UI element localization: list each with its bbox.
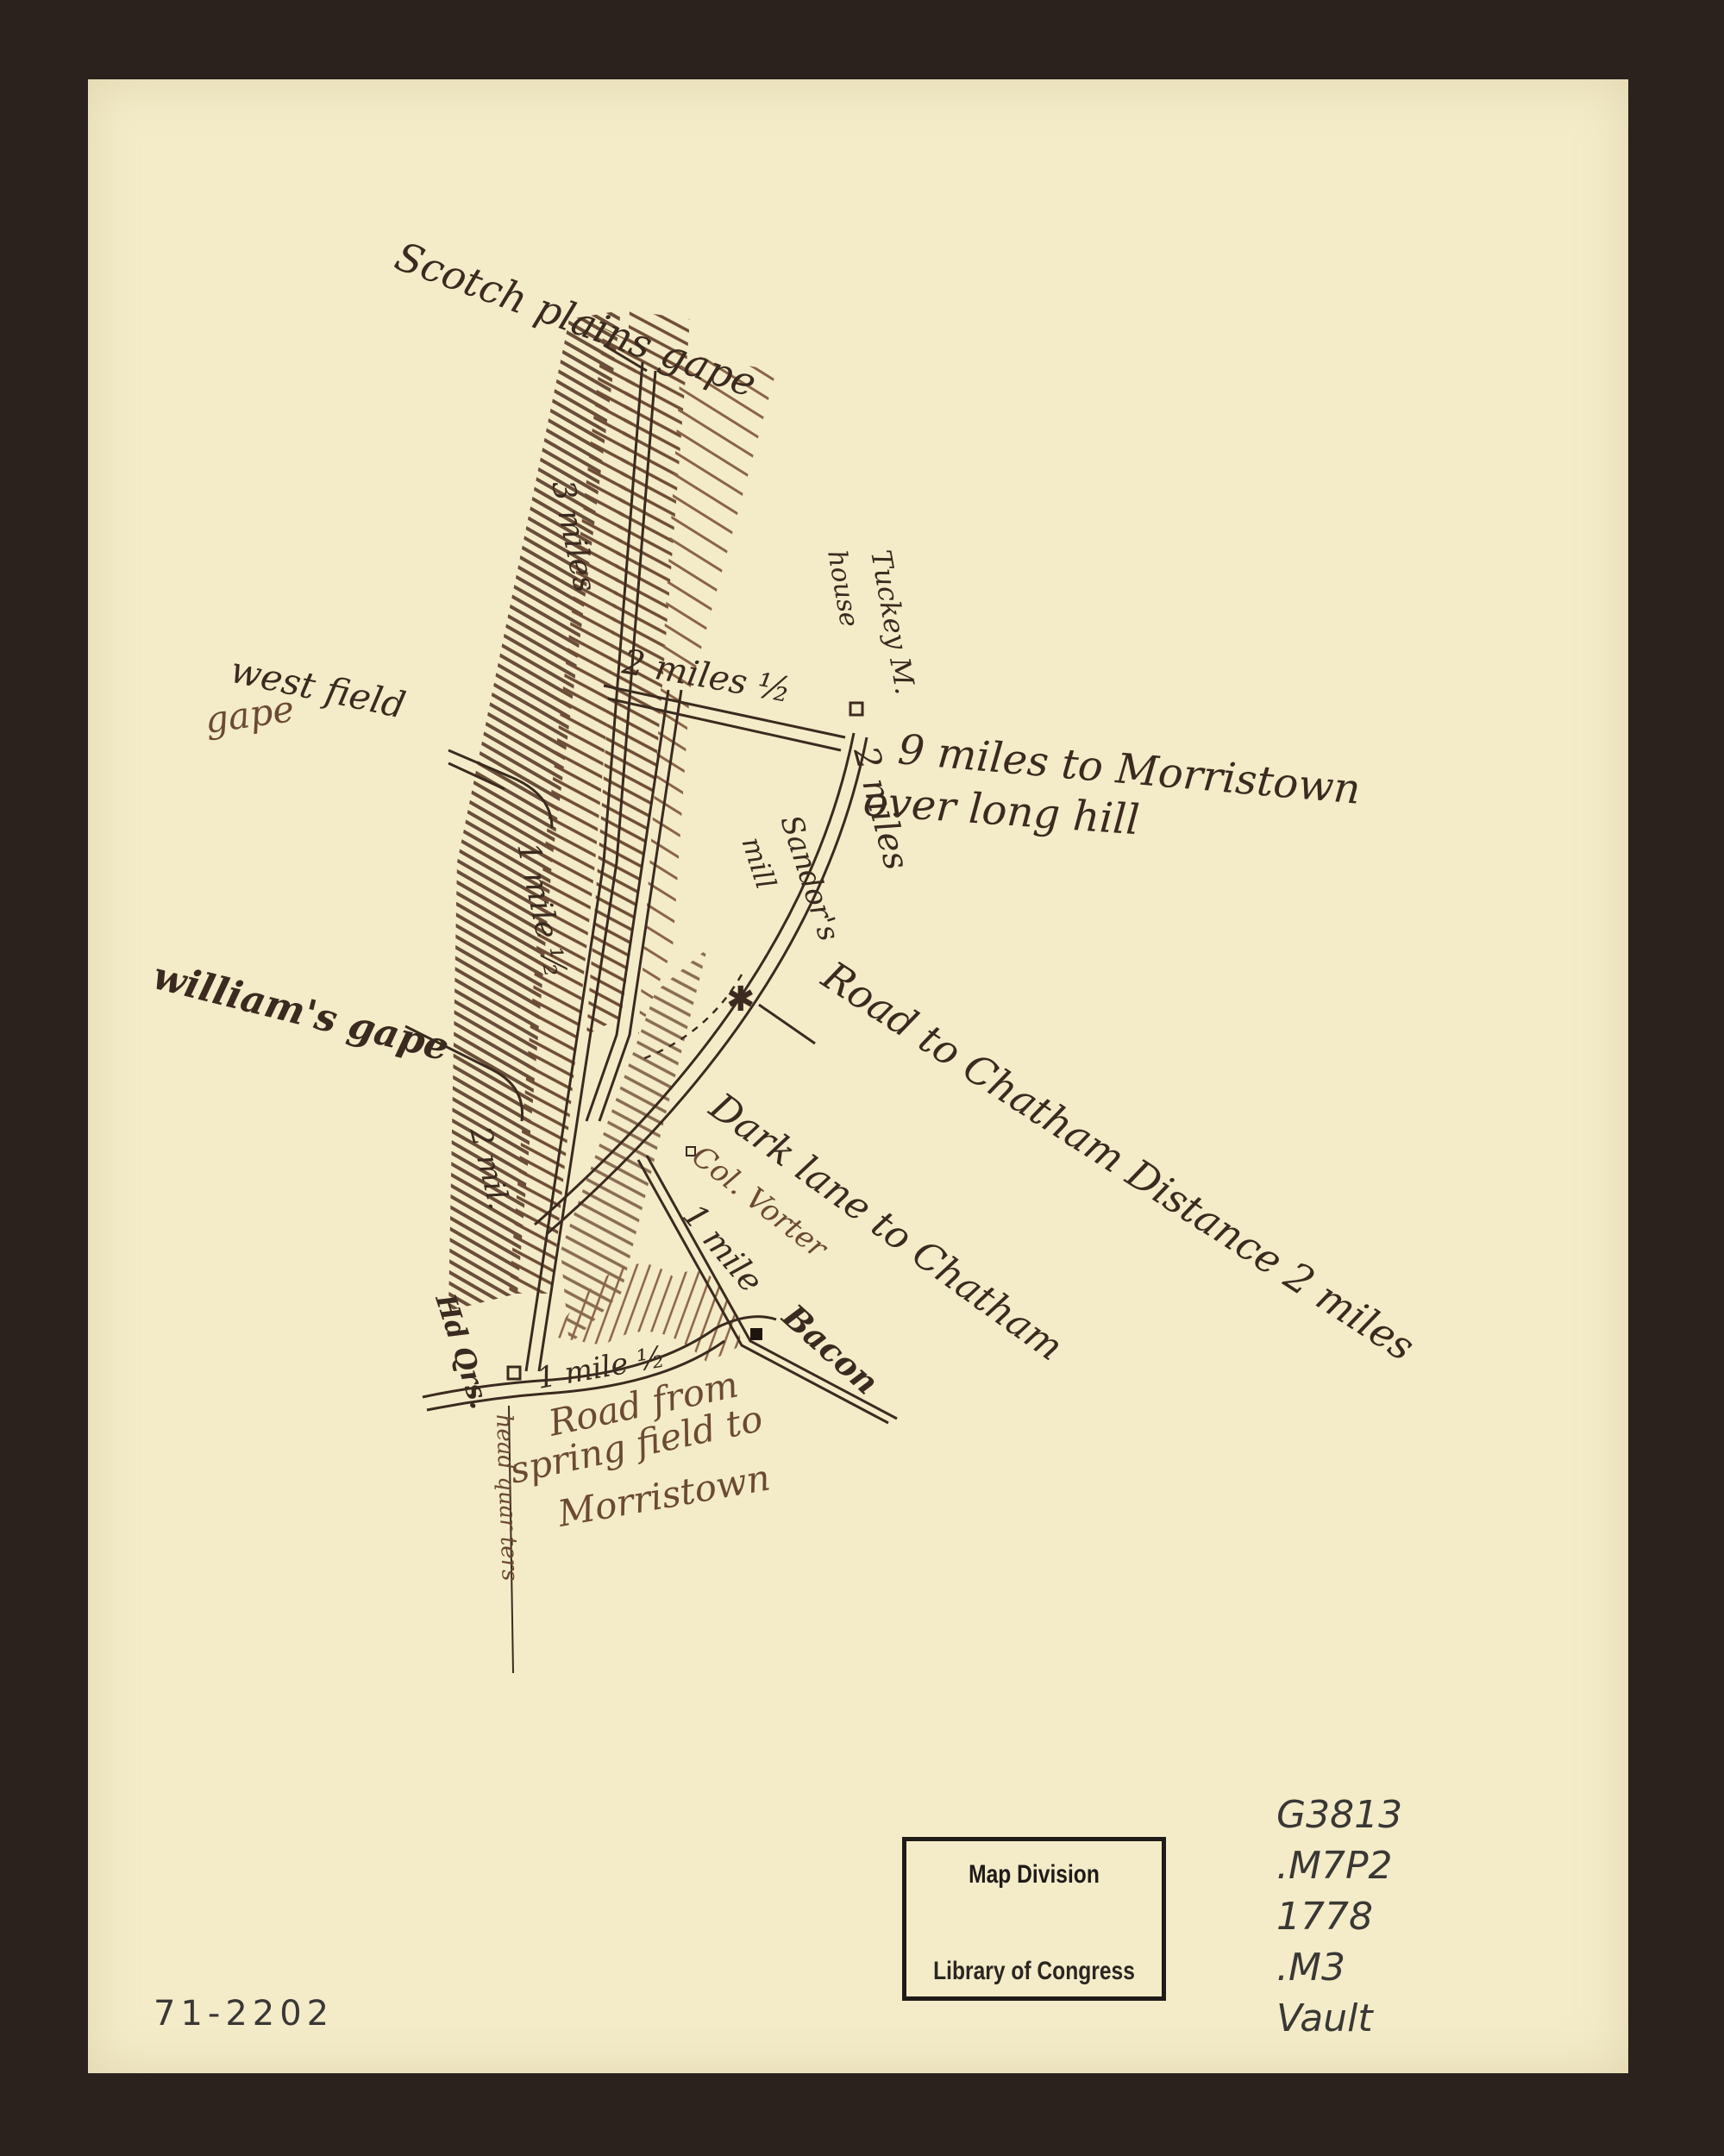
call-number-line: 1778	[1276, 1891, 1402, 1942]
call-number-line: .M3	[1276, 1942, 1402, 1993]
call-number-line: Vault	[1276, 1993, 1402, 2044]
stamp-map-division: Map Division	[930, 1860, 1139, 1890]
bacon-tavern-symbol	[750, 1328, 762, 1340]
label-tuckey-house-1: Tuckey M.	[864, 548, 922, 697]
mill-star-icon: ✱	[726, 980, 755, 1019]
call-number-line: .M7P2	[1276, 1840, 1402, 1891]
accession-number: 71-2202	[154, 1994, 334, 2034]
stamp-library-of-congress: Library of Congress	[930, 1957, 1139, 1986]
handwritten-labels: Scotch plains gape west field gape willi…	[148, 233, 1423, 1582]
call-number-line: G3813	[1276, 1789, 1402, 1840]
label-road-to-chatham: Road to Chatham Distance 2 miles	[813, 951, 1423, 1369]
label-dark-lane: Dark lane to Chatham	[701, 1084, 1071, 1369]
library-stamp: Map Division Library of Congress	[902, 1837, 1166, 2001]
call-number: G3813 .M7P2 1778 .M3 Vault	[1276, 1789, 1402, 2044]
label-head-quarters: head quar ters	[491, 1413, 523, 1582]
label-tuckey-house-2: house	[821, 548, 864, 630]
tuckey-house-symbol	[850, 703, 862, 715]
manuscript-map: ✱ Scotch plains gape west field gape wil…	[0, 0, 1724, 2156]
label-west-field-2: gape	[203, 687, 297, 742]
label-mill: mill	[735, 833, 782, 893]
headquarters-symbol	[508, 1367, 520, 1379]
label-bacon: Bacon	[774, 1296, 887, 1402]
label-williams-gap: william's gape	[148, 954, 453, 1069]
